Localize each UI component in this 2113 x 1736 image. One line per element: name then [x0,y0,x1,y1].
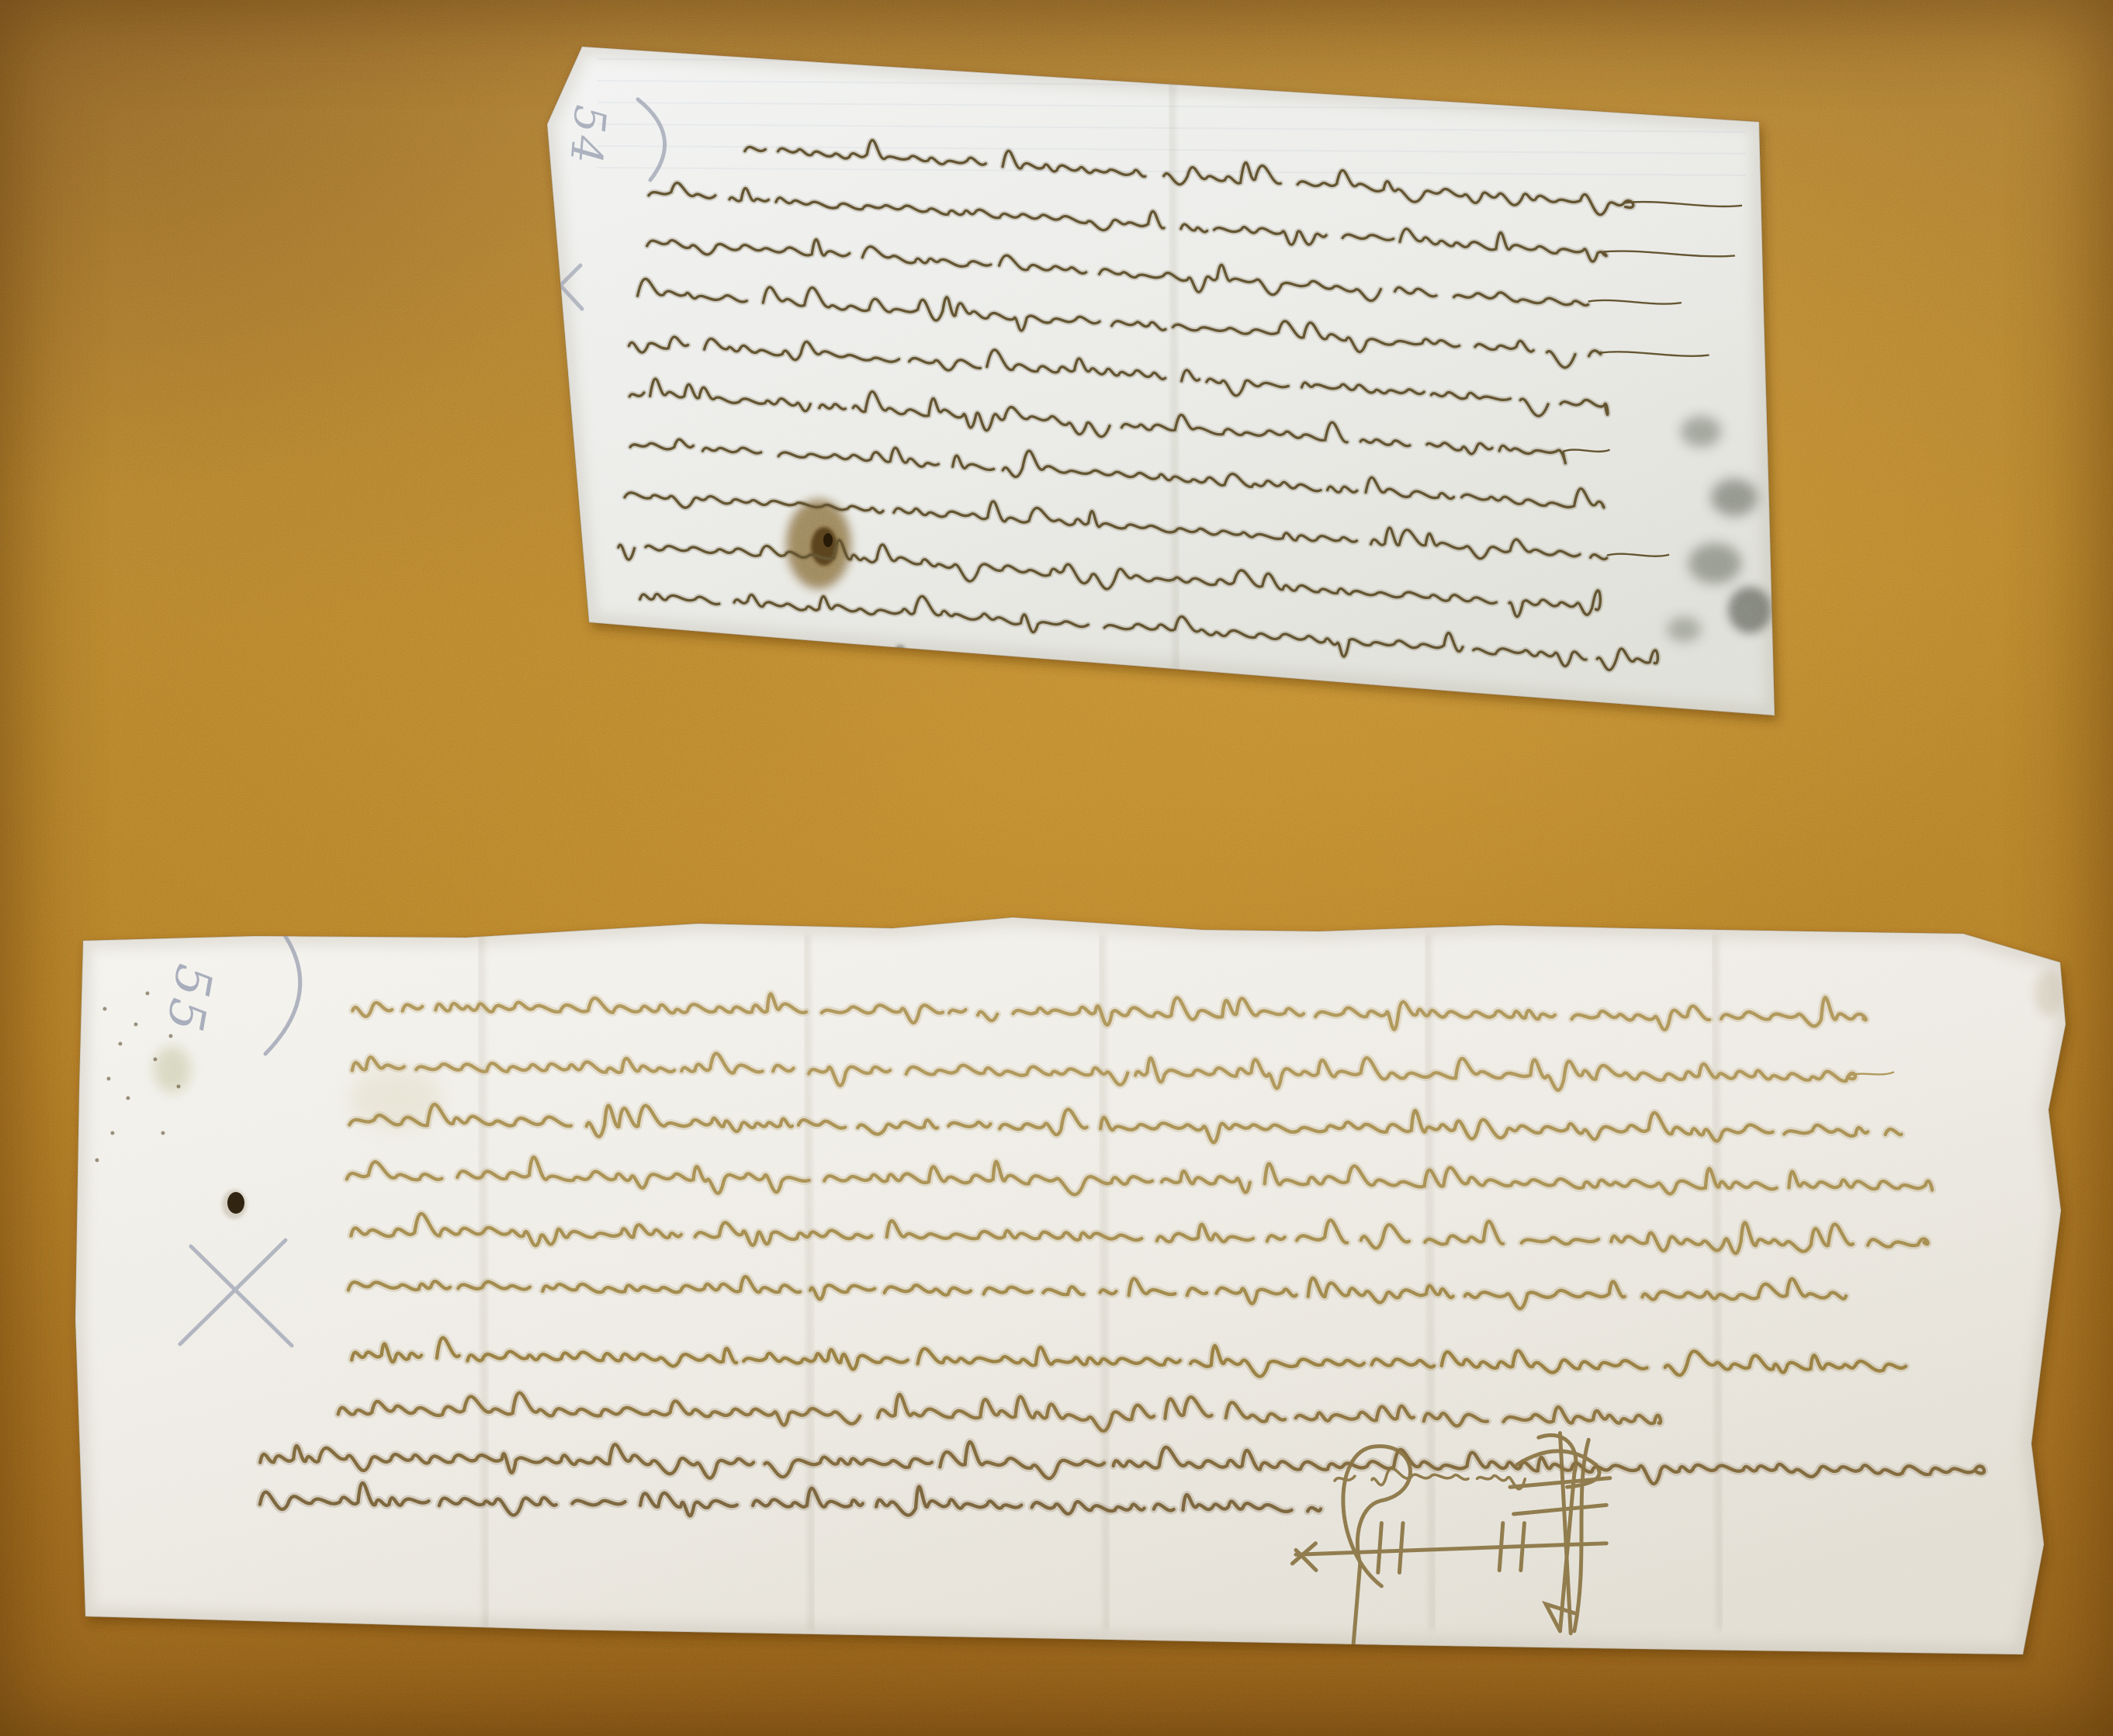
stain [1738,76,1754,88]
ink-speckle [111,1131,115,1135]
stain [1681,416,1721,447]
ink-speckle [126,1097,130,1100]
ink-speckle [169,1034,173,1038]
ink-speckle [154,1058,158,1062]
stain [227,1192,244,1214]
ink-speckle [134,1023,138,1027]
ink-speckle [161,1131,165,1135]
stain [1689,543,1741,584]
ink-speckle [107,1077,111,1081]
manuscript-55-drawing: 55 [62,900,2080,1676]
ink-speckle [119,1042,123,1046]
manuscript-54-drawing: 54 [535,28,1793,726]
manuscript-fragment-54: 54 [535,28,1793,726]
pencil-archival-number: 55 [154,960,223,1038]
stain [154,1046,191,1093]
ink-speckle [103,1007,107,1011]
stain [996,660,1006,668]
stain [1728,587,1772,633]
manuscript-fragment-55: 55 [62,900,2080,1676]
stain [895,645,905,653]
stain [1667,617,1701,642]
stain [823,533,833,547]
ink-speckle [177,1085,181,1089]
stain [1709,54,1734,72]
pencil-archival-number: 54 [559,103,615,169]
stain [1711,479,1758,516]
archival-photo: 54 55 [0,0,2113,1736]
ink-speckle [95,1159,99,1163]
ink-speckle [146,992,150,996]
stain [935,655,943,661]
stain [2035,970,2063,1017]
